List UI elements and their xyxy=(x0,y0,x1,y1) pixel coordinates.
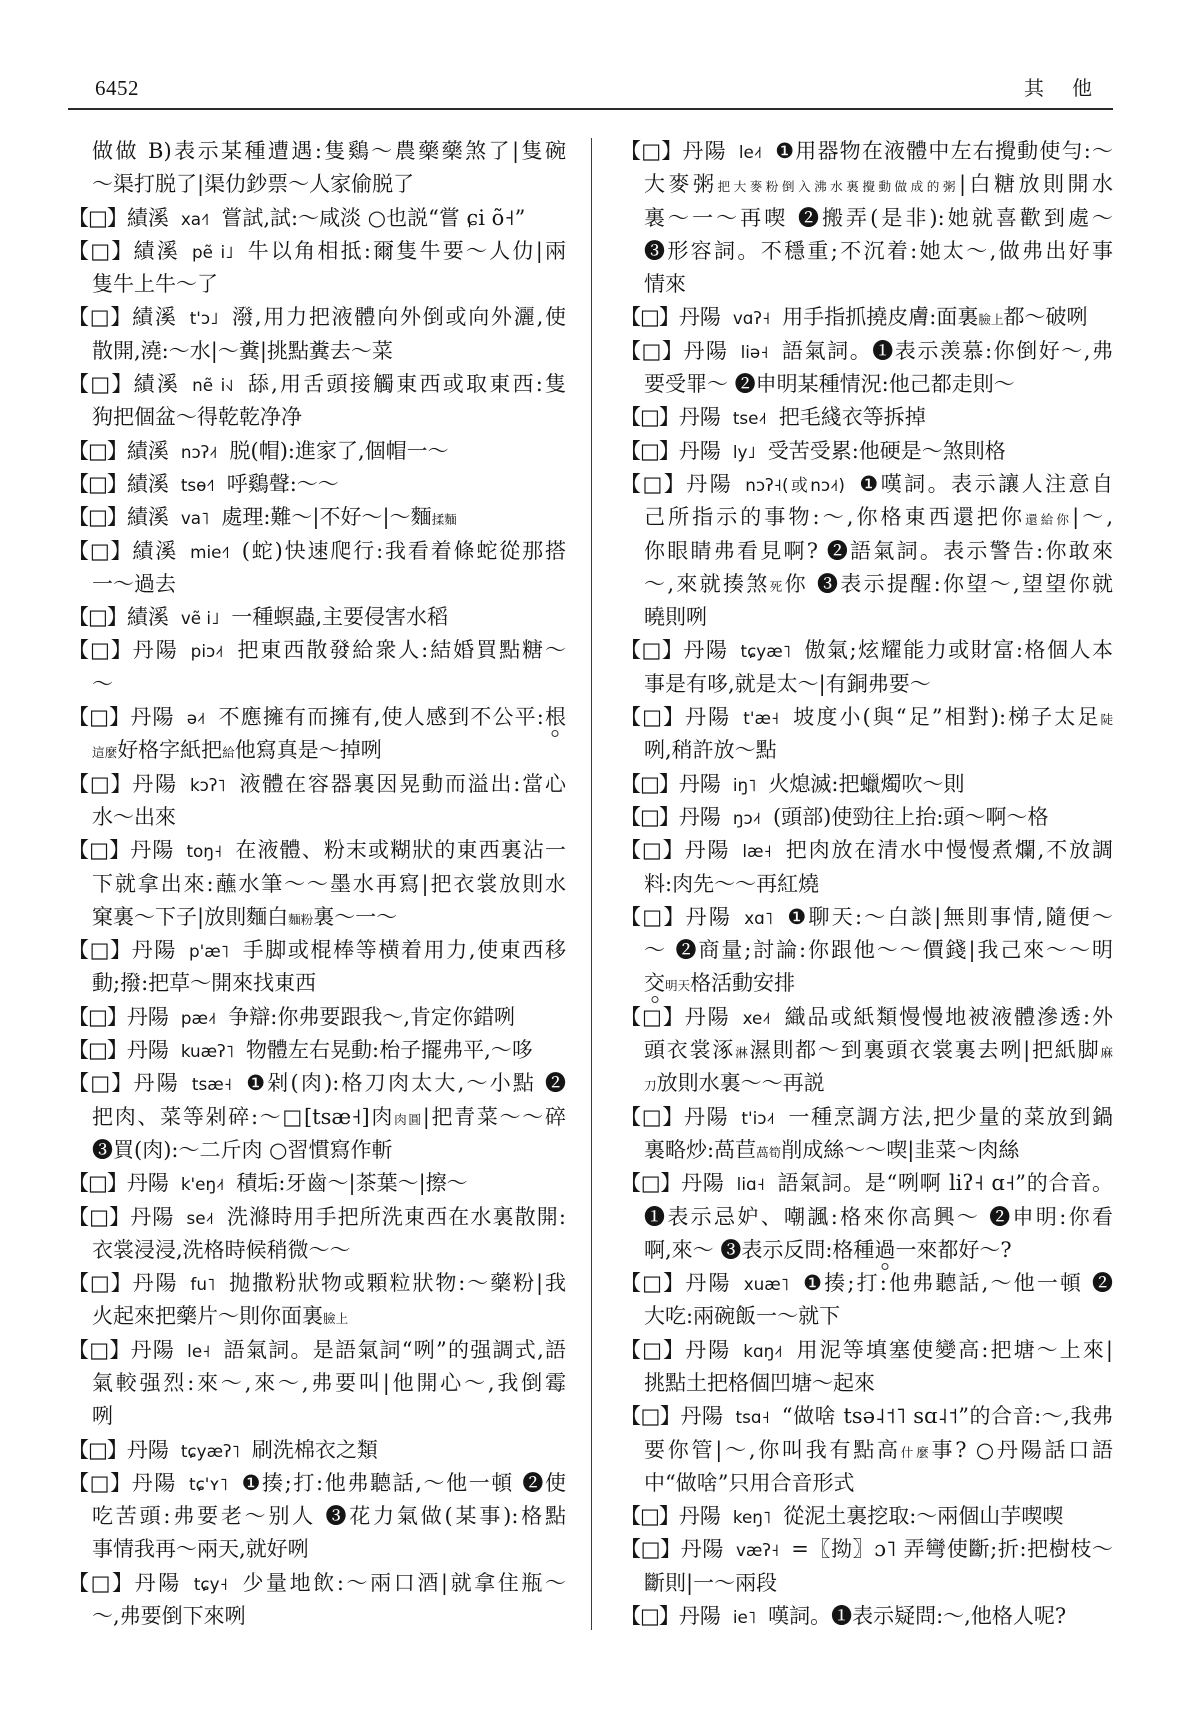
entry-line: 【□】丹陽liə˧語氣詞。❶表示羡慕:你倒好～,弗 xyxy=(620,335,1113,368)
entry-line: 吃苦頭:弗要老～别人 ❸花力氣做(某事):格點 xyxy=(68,1500,566,1533)
definition-text: 從泥土裏挖取:～兩個山芋喫喫 xyxy=(783,1504,1063,1528)
definition-text: 火熄滅:把蠟燭吹～則 xyxy=(768,772,964,796)
entry-line: 【□】丹陽keŋ˥從泥土裏挖取:～兩個山芋喫喫 xyxy=(620,1500,1113,1533)
entry-line: 【□】丹陽le˨˦❶用器物在液體中左右攪動使勻:～ xyxy=(620,135,1113,168)
dialect-place-name: 丹陽 xyxy=(135,1571,182,1595)
dialect-place-name: 丹陽 xyxy=(685,838,731,862)
dictionary-entry: 【□】丹陽se˨˦洗滌時用手把所洗東西在水裏散開:衣裳浸浸,洗格時候稍微～～ xyxy=(68,1201,566,1268)
headword-placeholder-bracket: 【□】 xyxy=(620,472,686,496)
entry-line: 料:肉先～～再紅燒 xyxy=(620,868,1113,901)
dictionary-entry: 【□】丹陽kɑŋ˨˦用泥等填塞使變高:把塘～上來|挑點土把格個凹塘～起來 xyxy=(620,1334,1113,1401)
entry-line: 【□】丹陽pæ˨˦争辯:你弗要跟我～,肯定你錯咧 xyxy=(68,1001,566,1034)
definition-text: (頭部)使勁往上抬:頭～啊～格 xyxy=(773,805,1048,829)
definition-text: 吃苦頭:弗要老～别人 ❸花力氣做(某事):格點 xyxy=(92,1504,566,1528)
entry-line: 【□】績溪xa˧˥嘗試,試:～咸淡 ○也説“嘗 ɕi õ˧” xyxy=(68,202,566,235)
dialect-place-name: 丹陽 xyxy=(127,1438,169,1462)
dialect-place-name: 績溪 xyxy=(127,206,169,230)
definition-text: 把毛綫衣等拆掉 xyxy=(779,405,926,429)
gloss-note: 什麼 xyxy=(901,1445,932,1460)
definition-text: ❶剁(肉):格刀肉太大,～小點 ❷ xyxy=(244,1071,566,1095)
dictionary-entry: 【□】績溪mie˧˥(蛇)快速爬行:我看着條蛇從那搭一～過去 xyxy=(68,535,566,602)
marked-character: 過 xyxy=(874,1238,895,1262)
entry-line: 火起來把藥片～則你面裏臉上 xyxy=(68,1300,566,1333)
definition-text: 己所指示的事物:～,你格東西還把你 xyxy=(644,505,1025,529)
headword-placeholder-bracket: 【□】 xyxy=(620,838,685,862)
entry-line: 裏～一～再喫 ❷搬弄(是非):她就喜歡到處～ xyxy=(620,202,1113,235)
entry-line: 事情我再～兩天,就好咧 xyxy=(68,1533,566,1566)
entry-line: 【□】丹陽le˧語氣詞。是語氣詞“咧”的强調式,語 xyxy=(68,1334,566,1367)
definition-text: 窠裏～下子|放則麵白 xyxy=(92,905,288,929)
definition-text: ～,來就揍煞 xyxy=(644,572,770,596)
definition-text: (蛇)快速爬行:我看着條蛇從那搭 xyxy=(242,539,566,563)
definition-text: =〖拗〗ɔ˥ 弄彎使斷;折:把樹枝～ xyxy=(791,1537,1113,1561)
headword-placeholder-bracket: 【□】 xyxy=(68,638,133,662)
ipa-transcription: tɕy˧ xyxy=(194,1574,228,1594)
definition-text: 咧,稍許放～點 xyxy=(644,738,777,762)
gloss-note: 陡 xyxy=(1100,712,1113,727)
entry-line: 【□】丹陽t'æ˧坡度小(與“足”相對):梯子太足陡 xyxy=(620,701,1113,734)
definition-text: 織品或紙類慢慢地被液體滲透:外 xyxy=(783,1005,1113,1029)
ipa-transcription: tse˨˦ xyxy=(733,408,767,428)
dictionary-entry: 【□】丹陽toŋ˧在液體、粉末或糊狀的東西裏沾一下就拿出來:蘸水筆～～墨水再寫|… xyxy=(68,834,566,934)
dialect-place-name: 丹陽 xyxy=(680,1404,723,1428)
column-divider xyxy=(591,138,592,1630)
dialect-place-name: 丹陽 xyxy=(130,705,174,729)
entry-line: 【□】丹陽ie˥嘆詞。❶表示疑問:～,他格人呢? xyxy=(620,1600,1113,1633)
definition-text: 語氣詞。❶表示羡慕:你倒好～,弗 xyxy=(781,339,1114,363)
definition-text: 把肉、菜等剁碎:～□[tsæ˧]肉 xyxy=(92,1105,394,1129)
dictionary-entry: 【□】丹陽nɔʔ˧(或nɔ˨˦)❶嘆詞。表示讓人注意自己所指示的事物:～,你格東… xyxy=(620,468,1113,634)
entry-line: 【□】丹陽tɕ'ʏ˥❶揍;打:他弗聽話,～他一頓 ❷使 xyxy=(68,1467,566,1500)
ipa-transcription: xa˧˥ xyxy=(181,209,210,229)
headword-placeholder-bracket: 【□】 xyxy=(68,938,132,962)
definition-text: 狗把個盆～得乾乾净净 xyxy=(92,405,302,429)
entry-line: 【□】績溪mie˧˥(蛇)快速爬行:我看着條蛇從那搭 xyxy=(68,535,566,568)
dialect-place-name: 丹陽 xyxy=(132,938,177,962)
marked-character: 交 xyxy=(644,971,665,995)
headword-placeholder-bracket: 【□】 xyxy=(68,305,132,329)
dictionary-entry: 【□】績溪t'ɔ˩潑,用力把液體向外倒或向外灑,使散開,澆:～水|～糞|挑點糞去… xyxy=(68,301,566,368)
definition-text: 一來都好～? xyxy=(895,1238,1011,1262)
entry-line: 【□】丹陽xe˨˦織品或紙類慢慢地被液體滲透:外 xyxy=(620,1001,1113,1034)
dictionary-entry: 【□】績溪xa˧˥嘗試,試:～咸淡 ○也説“嘗 ɕi õ˧” xyxy=(68,202,566,235)
definition-text: 受苦受累:他硬是～煞則格 xyxy=(768,439,1006,463)
definition-text: 一種烹調方法,把少量的菜放到鍋 xyxy=(787,1105,1113,1129)
dictionary-entry: 【□】丹陽liɑ˧語氣詞。是“咧啊 liʔ˧ ɑ˧”的合音。❶表示忌妒、嘲諷:格… xyxy=(620,1167,1113,1267)
gloss-note: 揉麵 xyxy=(432,512,457,527)
definition-text: 斷則|一～兩段 xyxy=(644,1571,777,1595)
headword-placeholder-bracket: 【□】 xyxy=(68,1438,127,1462)
entry-line: 事是有哆,就是太～|有銅弗要～ xyxy=(620,668,1113,701)
definition-text: 要你管|～,你叫我有點高 xyxy=(644,1438,901,1462)
entry-line: 咧,稍許放～點 xyxy=(620,734,1113,767)
entry-line: 【□】丹陽k'eŋ˨˦積垢:牙齒～|茶葉～|擦～ xyxy=(68,1167,566,1200)
dictionary-entry: 【□】丹陽piɔ˨˦把東西散發給衆人:結婚買點糖～～ xyxy=(68,634,566,701)
definition-text: 裏略炒:萵苣 xyxy=(644,1138,756,1162)
dictionary-entry: 【□】丹陽keŋ˥從泥土裏挖取:～兩個山芋喫喫 xyxy=(620,1500,1113,1533)
definition-text: ❶揍;打:他弗聽話,～他一頓 ❷使 xyxy=(240,1471,566,1495)
ipa-transcription: va˥ xyxy=(181,508,210,528)
dictionary-entry: 【□】丹陽vɑʔ˧用手指抓撓皮膚:面裏臉上都～破咧 xyxy=(620,301,1113,334)
entry-line: 【□】丹陽fu˥抛撒粉狀物或顆粒狀物:～藥粉|我 xyxy=(68,1267,566,1300)
definition-text: 下就拿出來:蘸水筆～～墨水再寫|把衣裳放則水 xyxy=(92,872,566,896)
dictionary-entry: 【□】丹陽tɕy˧少量地飲:～兩口酒|就拿住瓶～～,弗要倒下來咧 xyxy=(68,1567,566,1634)
dictionary-entry: 【□】丹陽xuæ˥❶揍;打:他弗聽話,～他一頓 ❷大吃:兩碗飯一～就下 xyxy=(620,1267,1113,1334)
headword-placeholder-bracket: 【□】 xyxy=(620,1271,685,1295)
headword-placeholder-bracket: 【□】 xyxy=(68,505,127,529)
headword-placeholder-bracket: 【□】 xyxy=(68,539,132,563)
dictionary-entry: 【□】丹陽t'iɔ˨˦一種烹調方法,把少量的菜放到鍋裏略炒:萵苣萵筍削成絲～～喫… xyxy=(620,1101,1113,1168)
gloss-note: 死 xyxy=(770,579,785,594)
definition-text: 傲氣;炫耀能力或財富:格個人本 xyxy=(803,638,1113,662)
headword-placeholder-bracket: 【□】 xyxy=(620,638,683,662)
ipa-transcription: liə˧ xyxy=(741,342,769,362)
ipa-transcription: kuæʔ˥ xyxy=(181,1041,234,1061)
dialect-place-name: 丹陽 xyxy=(127,1171,169,1195)
headword-placeholder-bracket: 【□】 xyxy=(68,605,127,629)
definition-text: 散開,澆:～水|～糞|挑點糞去～菜 xyxy=(92,339,393,363)
definition-text: |把青菜～～碎 xyxy=(423,1105,566,1129)
definition-text: 隻牛上牛～了 xyxy=(92,272,218,296)
headword-placeholder-bracket: 【□】 xyxy=(68,206,127,230)
dictionary-entry: 【□】丹陽xe˨˦織品或紙類慢慢地被液體滲透:外頭衣裳涿淋濕則都～到裏頭衣裳裏去… xyxy=(620,1001,1113,1101)
headword-placeholder-bracket: 【□】 xyxy=(620,1604,679,1628)
definition-text: 咧 xyxy=(92,1404,113,1428)
entry-line: 【□】丹陽ə˨˦不應擁有而擁有,使人感到不公平:根 xyxy=(68,701,566,734)
ipa-transcription: iŋ˥ xyxy=(733,775,757,795)
definition-text: 火起來把藥片～則你面裏 xyxy=(92,1304,323,1328)
definition-text: 挑點土把格個凹塘～起來 xyxy=(644,1371,875,1395)
gloss-note: 肉圓 xyxy=(394,1112,423,1127)
dictionary-entry: 【□】丹陽ie˥嘆詞。❶表示疑問:～,他格人呢? xyxy=(620,1600,1113,1633)
entry-line: 【□】丹陽kuæʔ˥物體左右晃動:枱子擺弗平,～哆 xyxy=(68,1034,566,1067)
entry-line: 隻牛上牛～了 xyxy=(68,268,566,301)
definition-text: 做做 B)表示某種遭遇:隻鷄～農藥藥煞了|隻碗 xyxy=(92,139,566,163)
definition-text: |～, xyxy=(1072,505,1113,529)
dictionary-page: 6452 其他 做做 B)表示某種遭遇:隻鷄～農藥藥煞了|隻碗～渠打脱了|渠仂鈔… xyxy=(0,0,1200,1724)
entry-line: 【□】丹陽ŋɔ˨˦(頭部)使勁往上抬:頭～啊～格 xyxy=(620,801,1113,834)
entry-line: 【□】丹陽kɔʔ˥液體在容器裏因晃動而溢出:當心 xyxy=(68,768,566,801)
entry-line: 刀放則水裏～～再説 xyxy=(620,1067,1113,1100)
dictionary-entry: 【□】丹陽le˧語氣詞。是語氣詞“咧”的强調式,語氣較强烈:來～,來～,弗要叫|… xyxy=(68,1334,566,1434)
entry-line: 大麥粥把大麥粉倒入沸水裏攪動做成的粥|白糖放則開水 xyxy=(620,168,1113,201)
headword-placeholder-bracket: 【□】 xyxy=(68,1171,127,1195)
headword-placeholder-bracket: 【□】 xyxy=(620,439,679,463)
ipa-transcription: ie˥ xyxy=(733,1607,756,1627)
definition-text: 處理:難～|不好～|～麵 xyxy=(221,505,431,529)
ipa-transcription: tɕyæʔ˥ xyxy=(181,1441,240,1461)
definition-text: 啊,來～ ❸表示反問:格種 xyxy=(644,1238,874,1262)
dictionary-entry: 【□】丹陽le˨˦❶用器物在液體中左右攪動使勻:～大麥粥把大麥粉倒入沸水裏攪動做… xyxy=(620,135,1113,301)
ipa-transcription: tɕyæ˥ xyxy=(740,641,791,661)
ipa-transcription: mie˧˥ xyxy=(190,542,230,562)
definition-text: 放則水裏～～再説 xyxy=(657,1071,825,1095)
definition-text: 削成絲～～喫|韭菜～肉絲 xyxy=(781,1138,1019,1162)
dialect-place-name: 丹陽 xyxy=(685,1338,731,1362)
dialect-place-name: 丹陽 xyxy=(681,1537,724,1561)
gloss-note: 明天 xyxy=(665,978,690,993)
dialect-place-name: 丹陽 xyxy=(681,1171,725,1195)
headword-placeholder-bracket: 【□】 xyxy=(68,1005,127,1029)
dialect-place-name: 績溪 xyxy=(134,372,181,396)
entry-line: 【□】績溪vẽ i˩一種螟蟲,主要侵害水稻 xyxy=(68,601,566,634)
dictionary-entry: 【□】丹陽tsæ˧❶剁(肉):格刀肉太大,～小點 ❷把肉、菜等剁碎:～□[tsæ… xyxy=(68,1067,566,1167)
dialect-place-name: 丹陽 xyxy=(683,638,728,662)
dictionary-entry: 【□】績溪vẽ i˩一種螟蟲,主要侵害水稻 xyxy=(68,601,566,634)
definition-text: 都～破咧 xyxy=(1004,305,1088,329)
definition-text: 裏～一～ xyxy=(313,905,397,929)
headword-placeholder-bracket: 【□】 xyxy=(620,339,683,363)
dialect-place-name: 丹陽 xyxy=(127,1005,169,1029)
definition-text: 水～出來 xyxy=(92,805,176,829)
dictionary-entry: 【□】丹陽kɔʔ˥液體在容器裏因晃動而溢出:當心水～出來 xyxy=(68,768,566,835)
dialect-place-name: 績溪 xyxy=(134,239,180,263)
headword-placeholder-bracket: 【□】 xyxy=(68,472,127,496)
definition-text: 潑,用力把液體向外倒或向外灑,使 xyxy=(230,305,566,329)
definition-text: 裏～一～再喫 ❷搬弄(是非):她就喜歡到處～ xyxy=(644,206,1113,230)
entry-line: 【□】丹陽se˨˦洗滌時用手把所洗東西在水裏散開: xyxy=(68,1201,566,1234)
headword-placeholder-bracket: 【□】 xyxy=(620,1005,685,1029)
dialect-place-name: 丹陽 xyxy=(679,772,721,796)
entry-line: ～渠打脱了|渠仂鈔票～人家偷脱了 xyxy=(68,168,566,201)
headword-placeholder-bracket: 【□】 xyxy=(620,139,682,163)
entry-line: 【□】績溪va˥處理:難～|不好～|～麵揉麵 xyxy=(68,501,566,534)
definition-text: 嘆詞。❶表示疑問:～,他格人呢? xyxy=(768,1604,1066,1628)
definition-text: ❸形容詞。不穩重;不沉着:她太～,做弗出好事 xyxy=(644,239,1113,263)
entry-line: 情來 xyxy=(620,268,1113,301)
entry-line: ～,弗要倒下來咧 xyxy=(68,1600,566,1633)
marked-character: 根 xyxy=(544,705,566,729)
entry-line: 水～出來 xyxy=(68,801,566,834)
ipa-transcription: se˨˦ xyxy=(187,1208,214,1228)
dictionary-entry: 【□】丹陽ŋɔ˨˦(頭部)使勁往上抬:頭～啊～格 xyxy=(620,801,1113,834)
definition-text: 用泥等填塞使變高:把塘～上來| xyxy=(795,1338,1113,1362)
dictionary-entry: 【□】丹陽k'eŋ˨˦積垢:牙齒～|茶葉～|擦～ xyxy=(68,1167,566,1200)
definition-text: 液體在容器裏因晃動而溢出:當心 xyxy=(238,772,566,796)
definition-text: 大吃:兩碗飯一～就下 xyxy=(644,1304,840,1328)
definition-text: ～渠打脱了|渠仂鈔票～人家偷脱了 xyxy=(92,172,414,196)
ipa-transcription: k'eŋ˨˦ xyxy=(181,1174,225,1194)
entry-line: 【□】丹陽nɔʔ˧(或nɔ˨˦)❶嘆詞。表示讓人注意自 xyxy=(620,468,1113,501)
headword-placeholder-bracket: 【□】 xyxy=(68,838,130,862)
definition-text: 用手指抓撓皮膚:面裏 xyxy=(782,305,978,329)
dictionary-entry: 【□】丹陽pæ˨˦争辯:你弗要跟我～,肯定你錯咧 xyxy=(68,1001,566,1034)
headword-placeholder-bracket: 【□】 xyxy=(68,705,130,729)
ipa-transcription: pæ˨˦ xyxy=(181,1008,216,1028)
definition-text: 積垢:牙齒～|茶葉～|擦～ xyxy=(236,1171,467,1195)
dictionary-entry: 【□】丹陽tɕyæʔ˥刷洗棉衣之類 xyxy=(68,1434,566,1467)
ipa-transcription: tsɵ˧˥ xyxy=(181,475,215,495)
dialect-place-name: 丹陽 xyxy=(686,905,733,929)
entry-line: ❸形容詞。不穩重;不沉着:她太～,做弗出好事 xyxy=(620,235,1113,268)
definition-text: 濕則都～到裏頭衣裳裏去咧|把紙脚 xyxy=(750,1038,1101,1062)
dictionary-entry: 【□】丹陽væʔ˧=〖拗〗ɔ˥ 弄彎使斷;折:把樹枝～斷則|一～兩段 xyxy=(620,1533,1113,1600)
dialect-place-name: 丹陽 xyxy=(679,439,721,463)
definition-text: 料:肉先～～再紅燒 xyxy=(644,872,819,896)
headword-placeholder-bracket: 【□】 xyxy=(620,1537,681,1561)
dialect-place-name: 績溪 xyxy=(127,505,169,529)
definition-text: 把東西散發給衆人:結婚買點糖～ xyxy=(235,638,566,662)
entry-line: 【□】績溪nẽ i˧˩舔,用舌頭接觸東西或取東西:隻 xyxy=(68,368,566,401)
ipa-transcription: t'ɔ˩ xyxy=(190,308,219,328)
ipa-transcription: t'iɔ˨˦ xyxy=(741,1108,774,1128)
entry-line: 做做 B)表示某種遭遇:隻鷄～農藥藥煞了|隻碗 xyxy=(68,135,566,168)
entry-line: 【□】丹陽kɑŋ˨˦用泥等填塞使變高:把塘～上來| xyxy=(620,1334,1113,1367)
definition-text: 手脚或棍棒等横着用力,使東西移 xyxy=(241,938,566,962)
entry-line: ～ ❷商量;討論:你跟他～～價錢|我己來～～明 xyxy=(620,934,1113,967)
definition-text: ❶用器物在液體中左右攪動使勻:～ xyxy=(774,139,1113,163)
entry-line: 把肉、菜等剁碎:～□[tsæ˧]肉肉圓|把青菜～～碎 xyxy=(68,1101,566,1134)
entry-line: 【□】丹陽læ˧把肉放在清水中慢慢煮爛,不放調 xyxy=(620,834,1113,867)
entry-line: 裏略炒:萵苣萵筍削成絲～～喫|韭菜～肉絲 xyxy=(620,1134,1113,1167)
entry-line: 你眼睛弗看見啊? ❷語氣詞。表示警告:你敢來 xyxy=(620,535,1113,568)
entry-line: 【□】績溪pẽ i˩牛以角相抵:爾隻牛要～人仂|兩 xyxy=(68,235,566,268)
definition-text: 少量地飲:～兩口酒|就拿住瓶～ xyxy=(240,1571,566,1595)
dialect-place-name: 丹陽 xyxy=(130,1205,174,1229)
definition-text: 不應擁有而擁有,使人感到不公平: xyxy=(217,705,544,729)
entry-line: 窠裏～下子|放則麵白麵粉裏～一～ xyxy=(68,901,566,934)
dialect-place-name: 丹陽 xyxy=(679,405,721,429)
headword-placeholder-bracket: 【□】 xyxy=(620,1504,679,1528)
entry-line: 頭衣裳涿淋濕則都～到裏頭衣裳裏去咧|把紙脚麻 xyxy=(620,1034,1113,1067)
dialect-place-name: 丹陽 xyxy=(686,472,733,496)
dialect-place-name: 績溪 xyxy=(127,472,169,496)
entry-line: 狗把個盆～得乾乾净净 xyxy=(68,401,566,434)
entry-line: 【□】丹陽tse˨˦把毛綫衣等拆掉 xyxy=(620,401,1113,434)
page-number: 6452 xyxy=(95,76,139,100)
headword-placeholder-bracket: 【□】 xyxy=(68,1205,130,1229)
dialect-place-name: 丹陽 xyxy=(679,1604,721,1628)
entry-line: 己所指示的事物:～,你格東西還把你還給你|～, xyxy=(620,501,1113,534)
headword-placeholder-bracket: 【□】 xyxy=(620,772,679,796)
ipa-transcription: vẽ i˩ xyxy=(181,608,220,628)
definition-text: 語氣詞。是語氣詞“咧”的强調式,語 xyxy=(222,1338,566,1362)
definition-text: 好格字紙把 xyxy=(117,738,222,762)
entry-line: 咧 xyxy=(68,1400,566,1433)
gloss-note: 臉上 xyxy=(323,1311,348,1326)
ipa-transcription: kɔʔ˥ xyxy=(190,775,226,795)
ipa-transcription: t'æ˧ xyxy=(743,708,779,728)
headword-placeholder-bracket: 【□】 xyxy=(620,1404,680,1428)
definition-text: 事情我再～兩天,就好咧 xyxy=(92,1537,309,1561)
ipa-transcription: vɑʔ˧ xyxy=(733,308,770,328)
dialect-place-name: 丹陽 xyxy=(133,1271,179,1295)
ipa-transcription: tsɑ˧ xyxy=(736,1407,770,1427)
definition-text: 中“做啥”只用合音形式 xyxy=(644,1471,854,1495)
entry-line: 【□】丹陽piɔ˨˦把東西散發給衆人:結婚買點糖～ xyxy=(68,634,566,667)
definition-text: 嘗試,試:～咸淡 ○也説“嘗 ɕi õ˧” xyxy=(221,206,525,230)
dialect-place-name: 丹陽 xyxy=(132,772,178,796)
definition-text: 刷洗棉衣之類 xyxy=(252,1438,378,1462)
definition-text: 你眼睛弗看見啊? ❷語氣詞。表示警告:你敢來 xyxy=(644,539,1113,563)
entry-line: 交明天格活動安排 xyxy=(620,967,1113,1000)
ipa-transcription: fu˥ xyxy=(190,1274,215,1294)
ipa-transcription: xɑ˥ xyxy=(744,908,773,928)
entry-line: 要你管|～,你叫我有點高什麼事? ○丹陽話口語 xyxy=(620,1434,1113,1467)
entry-line: ❸買(肉):～二斤肉 ○習慣寫作斬 xyxy=(68,1134,566,1167)
dialect-place-name: 績溪 xyxy=(132,305,178,329)
definition-text: 語氣詞。是“咧啊 liʔ˧ ɑ˧”的合音。 xyxy=(777,1171,1113,1195)
dictionary-entry: 【□】丹陽kuæʔ˥物體左右晃動:枱子擺弗平,～哆 xyxy=(68,1034,566,1067)
entry-line: 這麼好格字紙把給他寫真是～掉咧 xyxy=(68,734,566,767)
headword-placeholder-bracket: 【□】 xyxy=(620,705,685,729)
definition-text: “做啥 tsə˨˦˥ sɑ˨˦”的合音:～,我弗 xyxy=(782,1404,1113,1428)
headword-placeholder-bracket: 【□】 xyxy=(620,1105,684,1129)
dialect-place-name: 丹陽 xyxy=(684,1105,729,1129)
dictionary-entry: 【□】丹陽ə˨˦不應擁有而擁有,使人感到不公平:根這麼好格字紙把給他寫真是～掉咧 xyxy=(68,701,566,768)
definition-text: 牛以角相抵:爾隻牛要～人仂|兩 xyxy=(245,239,566,263)
ipa-transcription: kɑŋ˨˦ xyxy=(743,1341,782,1361)
gloss-note: 把大麥粉倒入沸水裏攪動做成的粥 xyxy=(718,179,959,194)
gloss-note: 淋 xyxy=(735,1045,749,1060)
dictionary-entry: 做做 B)表示某種遭遇:隻鷄～農藥藥煞了|隻碗～渠打脱了|渠仂鈔票～人家偷脱了 xyxy=(68,135,566,202)
definition-text: 要受罪～ ❷申明某種情況:他己都走則～ xyxy=(644,372,1015,396)
headword-placeholder-bracket: 【□】 xyxy=(68,1471,132,1495)
definition-text: 舔,用舌頭接觸東西或取東西:隻 xyxy=(246,372,566,396)
entry-line: 【□】丹陽t'iɔ˨˦一種烹調方法,把少量的菜放到鍋 xyxy=(620,1101,1113,1134)
headword-placeholder-bracket: 【□】 xyxy=(68,1071,133,1095)
ipa-transcription: liɑ˧ xyxy=(737,1174,765,1194)
entry-line: 要受罪～ ❷申明某種情況:他己都走則～ xyxy=(620,368,1113,401)
entry-line: 【□】丹陽xuæ˥❶揍;打:他弗聽話,～他一頓 ❷ xyxy=(620,1267,1113,1300)
definition-text: 物體左右晃動:枱子擺弗平,～哆 xyxy=(246,1038,533,1062)
ipa-transcription: tɕ'ʏ˥ xyxy=(189,1474,228,1494)
ipa-transcription: væʔ˧ xyxy=(736,1540,779,1560)
dialect-place-name: 丹陽 xyxy=(132,1471,177,1495)
dictionary-entry: 【□】績溪pẽ i˩牛以角相抵:爾隻牛要～人仂|兩隻牛上牛～了 xyxy=(68,235,566,302)
entry-line: 【□】丹陽liɑ˧語氣詞。是“咧啊 liʔ˧ ɑ˧”的合音。 xyxy=(620,1167,1113,1200)
entry-line: 【□】績溪t'ɔ˩潑,用力把液體向外倒或向外灑,使 xyxy=(68,301,566,334)
entry-line: 大吃:兩碗飯一～就下 xyxy=(620,1300,1113,1333)
entry-line: 動;撥:把草～開來找東西 xyxy=(68,967,566,1000)
headword-placeholder-bracket: 【□】 xyxy=(68,772,132,796)
definition-text: ❶嘆詞。表示讓人注意自 xyxy=(857,472,1113,496)
gloss-note: 麻 xyxy=(1100,1045,1113,1060)
dialect-place-name: 丹陽 xyxy=(133,1071,179,1095)
ipa-transcription: piɔ˨˦ xyxy=(191,641,224,661)
dictionary-entry: 【□】丹陽tɕ'ʏ˥❶揍;打:他弗聽話,～他一頓 ❷使吃苦頭:弗要老～别人 ❸花… xyxy=(68,1467,566,1567)
definition-text: ～ ❷商量;討論:你跟他～～價錢|我己來～～明 xyxy=(644,938,1113,962)
ipa-transcription: nɔʔ˧(或nɔ˨˦) xyxy=(745,475,845,495)
dictionary-entry: 【□】績溪nẽ i˧˩舔,用舌頭接觸東西或取東西:隻狗把個盆～得乾乾净净 xyxy=(68,368,566,435)
headword-placeholder-bracket: 【□】 xyxy=(68,239,134,263)
definition-text: 把肉放在清水中慢慢煮爛,不放調 xyxy=(784,838,1113,862)
definition-text: 事? ○丹陽話口語 xyxy=(931,1438,1113,1462)
ipa-transcription: xe˨˦ xyxy=(743,1008,771,1028)
entry-line: 【□】丹陽tɕyæ˥傲氣;炫耀能力或財富:格個人本 xyxy=(620,634,1113,667)
entry-line: 一～過去 xyxy=(68,568,566,601)
dialect-place-name: 績溪 xyxy=(132,539,178,563)
definition-text: 格活動安排 xyxy=(690,971,795,995)
dialect-place-name: 丹陽 xyxy=(679,1504,721,1528)
entry-line: 【□】丹陽xɑ˥❶聊天:～白談|無則事情,隨便～ xyxy=(620,901,1113,934)
section-title-char: 他 xyxy=(1072,76,1092,100)
dictionary-entry: 【□】丹陽tse˨˦把毛綫衣等拆掉 xyxy=(620,401,1113,434)
definition-text: ❸買(肉):～二斤肉 ○習慣寫作斬 xyxy=(92,1138,392,1162)
entry-line: 散開,澆:～水|～糞|挑點糞去～菜 xyxy=(68,335,566,368)
definition-text: |白糖放則開水 xyxy=(959,172,1113,196)
ipa-transcription: nɔʔ˨˦ xyxy=(181,442,218,462)
dictionary-entry: 【□】績溪tsɵ˧˥呼鷄聲:～～ xyxy=(68,468,566,501)
dialect-place-name: 丹陽 xyxy=(679,305,721,329)
definition-text: 洗滌時用手把所洗東西在水裏散開: xyxy=(226,1205,566,1229)
dictionary-entry: 【□】丹陽liə˧語氣詞。❶表示羡慕:你倒好～,弗要受罪～ ❷申明某種情況:他己… xyxy=(620,335,1113,402)
definition-text: ❶表示忌妒、嘲諷:格來你高興～ ❷申明:你看 xyxy=(644,1205,1113,1229)
definition-text: 你 ❸表示提醒:你望～,望望你就 xyxy=(785,572,1113,596)
entry-line: 【□】丹陽toŋ˧在液體、粉末或糊狀的東西裏沾一 xyxy=(68,834,566,867)
header-rule xyxy=(68,108,1113,110)
headword-placeholder-bracket: 【□】 xyxy=(620,1338,685,1362)
